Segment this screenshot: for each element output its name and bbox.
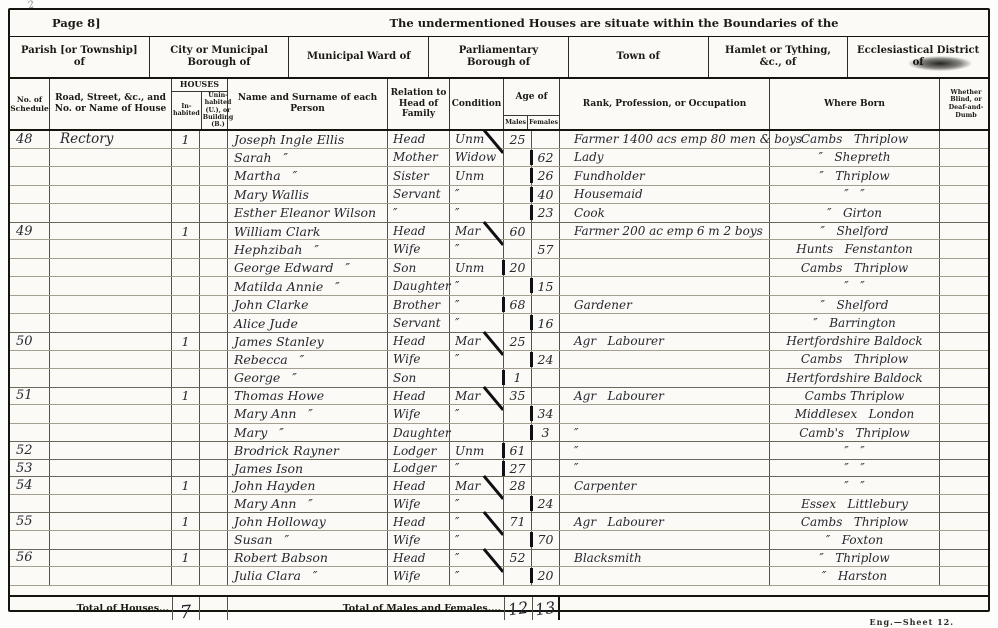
handwritten-condition: ″	[455, 533, 459, 547]
cell-schedule: 51	[10, 388, 50, 405]
cell-blind	[940, 477, 988, 494]
cell-occupation	[560, 531, 770, 549]
handwritten-born: ″ Barrington	[813, 316, 895, 330]
cell-condition: Mar	[450, 388, 504, 405]
cell-name: Martha ″	[228, 167, 388, 185]
cell-uninhabited	[200, 167, 228, 185]
cell-age-m	[504, 314, 532, 332]
tally-stroke	[502, 297, 505, 312]
tally-stroke	[502, 260, 505, 275]
tally-stroke	[530, 150, 533, 165]
cell-relation: Wife	[388, 351, 450, 369]
cell-born: ″ Thriplow	[770, 550, 940, 567]
handwritten-born: ″ Shelford	[821, 224, 889, 238]
district-ecclesiastical: Ecclesiastical District of	[848, 37, 988, 77]
cell-name: Esther Eleanor Wilson	[228, 204, 388, 222]
tally-stroke	[530, 278, 533, 293]
district-parish: Parish [or Township] of	[10, 37, 150, 77]
handwritten-born: Camb's Thriplow	[799, 426, 910, 440]
cell-name: Robert Babson	[228, 550, 388, 567]
handwritten-age-f: 24	[538, 496, 554, 511]
handwritten-condition: Mar	[455, 334, 480, 348]
cell-road	[50, 277, 172, 295]
handwritten-born: ″ Shelford	[821, 298, 889, 312]
handwritten-relation: Head	[393, 132, 425, 146]
cell-road	[50, 388, 172, 405]
cell-relation: Head	[388, 223, 450, 240]
cell-condition: ″	[450, 296, 504, 314]
cell-relation: Head	[388, 477, 450, 494]
colhead-condition: Condition	[450, 79, 504, 129]
handwritten-born: ″ Girton	[827, 206, 882, 220]
tally-stroke	[530, 168, 533, 183]
cell-relation: Sister	[388, 167, 450, 185]
cell-relation: ″	[388, 204, 450, 222]
cell-inhabited	[172, 442, 200, 459]
handwritten-name: James Stanley	[234, 334, 324, 349]
colhead-occupation: Rank, Profession, or Occupation	[560, 79, 770, 129]
cell-inhabited: 1	[172, 477, 200, 494]
cell-uninhabited	[200, 550, 228, 567]
cell-name: Mary Ann ″	[228, 405, 388, 423]
handwritten-occupation: ″	[574, 461, 578, 475]
cell-occupation: Agr Labourer	[560, 333, 770, 350]
handwritten-name: Brodrick Rayner	[234, 443, 339, 458]
handwritten-inhabited: 1	[182, 550, 190, 565]
cell-born: ″ Thriplow	[770, 167, 940, 185]
handwritten-age-f: 15	[538, 279, 554, 294]
cell-age-f	[532, 442, 560, 459]
cell-condition: ″	[450, 460, 504, 477]
handwritten-name: William Clark	[234, 224, 320, 239]
cell-schedule	[10, 405, 50, 423]
cell-occupation	[560, 314, 770, 332]
cell-age-f: 15	[532, 277, 560, 295]
cell-road	[50, 149, 172, 167]
cell-relation: Mother	[388, 149, 450, 167]
cell-age-m: 68	[504, 296, 532, 314]
handwritten-relation: Wife	[393, 407, 421, 421]
cell-relation: Lodger	[388, 460, 450, 477]
cell-age-m: 35	[504, 388, 532, 405]
cell-blind	[940, 405, 988, 423]
cell-schedule	[10, 277, 50, 295]
census-page: 2 Page 8] The undermentioned Houses are …	[0, 0, 998, 628]
handwritten-relation: Daughter	[393, 279, 451, 293]
handwritten-born: ″ Shepreth	[818, 150, 890, 164]
cell-age-m	[504, 240, 532, 258]
handwritten-age-m: 28	[510, 478, 526, 493]
handwritten-relation: Wife	[393, 497, 421, 511]
handwritten-schedule: 53	[16, 461, 33, 476]
handwritten-schedule: 56	[16, 550, 33, 565]
handwritten-age-m: 60	[510, 224, 526, 239]
handwritten-occupation: Blacksmith	[574, 551, 642, 565]
census-row: George Edward ″SonUnm20Cambs Thriplow	[10, 259, 988, 278]
cell-condition: Unm	[450, 259, 504, 277]
handwritten-age-m: 25	[510, 132, 526, 147]
handwritten-born: Hertfordshire Baldock	[786, 334, 922, 348]
handwritten-born: ″ ″	[844, 279, 864, 293]
handwritten-schedule: 50	[16, 334, 33, 349]
colhead-blind: Whether Blind, or Deaf-and-Dumb	[940, 79, 992, 129]
cell-name: John Hayden	[228, 477, 388, 494]
handwritten-name: Martha ″	[234, 168, 297, 183]
cell-age-f: 62	[532, 149, 560, 167]
cell-schedule	[10, 495, 50, 513]
handwritten-relation: Wife	[393, 242, 421, 256]
cell-age-m	[504, 149, 532, 167]
handwritten-age-f: 34	[538, 406, 554, 421]
cell-road	[50, 351, 172, 369]
tally-stroke	[530, 205, 533, 220]
cell-schedule	[10, 314, 50, 332]
handwritten-born: Cambs Thriplow	[801, 261, 908, 275]
colhead-where-born: Where Born	[770, 79, 940, 129]
cell-inhabited: 1	[172, 223, 200, 240]
cell-relation: Brother	[388, 296, 450, 314]
handwritten-relation: Head	[393, 224, 425, 238]
cell-age-m: 20	[504, 259, 532, 277]
cell-inhabited	[172, 495, 200, 513]
cell-road	[50, 223, 172, 240]
cell-born: Cambs Thriplow	[770, 351, 940, 369]
handwritten-relation: Servant	[393, 316, 441, 330]
cell-age-f: 40	[532, 186, 560, 204]
cell-age-m: 1	[504, 369, 532, 387]
handwritten-born: Cambs Thriplow	[801, 352, 908, 366]
cell-occupation	[560, 369, 770, 387]
cell-born: Cambs Thriplow	[770, 513, 940, 530]
handwritten-name: Esther Eleanor Wilson	[234, 205, 376, 220]
cell-age-m	[504, 424, 532, 442]
cell-relation: Servant	[388, 314, 450, 332]
cell-name: Hephzibah ″	[228, 240, 388, 258]
cell-age-m	[504, 186, 532, 204]
handwritten-occupation: Cook	[574, 206, 605, 220]
cell-blind	[940, 531, 988, 549]
handwritten-condition: Unm	[455, 444, 484, 458]
cell-occupation	[560, 405, 770, 423]
handwritten-condition: ″	[455, 242, 459, 256]
cell-road	[50, 495, 172, 513]
cell-born: ″ Foxton	[770, 531, 940, 549]
cell-age-m: 61	[504, 442, 532, 459]
cell-road	[50, 405, 172, 423]
colhead-inhabited: In-habited	[172, 92, 202, 129]
cell-blind	[940, 567, 988, 585]
cell-born: ″ ″	[770, 442, 940, 459]
cell-name: Mary Wallis	[228, 186, 388, 204]
handwritten-born: Hunts Fenstanton	[796, 242, 912, 256]
colhead-age-group: Age of Males Females	[504, 79, 560, 129]
cell-relation: Wife	[388, 495, 450, 513]
colhead-houses-group: HOUSES In-habited Unin-habited (U.), or …	[172, 79, 228, 129]
cell-age-f: 34	[532, 405, 560, 423]
cell-occupation	[560, 495, 770, 513]
handwritten-occupation: Carpenter	[574, 479, 636, 493]
cell-name: Mary Ann ″	[228, 495, 388, 513]
handwritten-born: Cambs Thriplow	[805, 389, 905, 403]
total-houses-value: 7	[172, 597, 200, 620]
handwritten-born: ″ Thriplow	[819, 169, 889, 183]
handwritten-schedule: 52	[16, 443, 33, 458]
cell-relation: Son	[388, 369, 450, 387]
handwritten-inhabited: 1	[182, 334, 190, 349]
cell-born: ″ ″	[770, 460, 940, 477]
cell-name: James Ison	[228, 460, 388, 477]
handwritten-name: John Clarke	[234, 297, 309, 312]
cell-name: Mary ″	[228, 424, 388, 442]
census-row: 551John HollowayHead″71Agr LabourerCambs…	[10, 512, 988, 531]
cell-occupation: Agr Labourer	[560, 388, 770, 405]
colhead-age-label: Age of	[504, 79, 559, 115]
handwritten-relation: Servant	[393, 187, 441, 201]
cell-occupation: Lady	[560, 149, 770, 167]
cell-condition: Mar	[450, 333, 504, 350]
census-sheet: Page 8] The undermentioned Houses are si…	[8, 8, 990, 612]
handwritten-road: Rectory	[60, 131, 113, 147]
cell-relation: Servant	[388, 186, 450, 204]
cell-uninhabited	[200, 204, 228, 222]
census-row: Susan ″Wife″70″ Foxton	[10, 531, 988, 550]
cell-inhabited	[172, 167, 200, 185]
cell-blind	[940, 186, 988, 204]
handwritten-relation: Mother	[393, 150, 438, 164]
cell-born: ″ ″	[770, 277, 940, 295]
cell-relation: Wife	[388, 405, 450, 423]
cell-relation: Lodger	[388, 442, 450, 459]
handwritten-relation: Head	[393, 479, 425, 493]
handwritten-age-f: 62	[538, 150, 554, 165]
cell-age-f	[532, 223, 560, 240]
handwritten-condition: Mar	[455, 389, 480, 403]
cell-schedule: 54	[10, 477, 50, 494]
total-houses-label: Total of Houses...	[50, 597, 172, 620]
census-row: Julia Clara ″Wife″20″ Harston	[10, 567, 988, 586]
cell-relation: Daughter	[388, 277, 450, 295]
cell-born: Hertfordshire Baldock	[770, 369, 940, 387]
cell-schedule	[10, 167, 50, 185]
handwritten-age-m: 25	[510, 334, 526, 349]
cell-road	[50, 240, 172, 258]
handwritten-born: ″ Thriplow	[819, 551, 889, 565]
handwritten-condition: ″	[455, 316, 459, 330]
handwritten-condition: ″	[455, 206, 459, 220]
handwritten-born: Cambs Thriplow	[801, 132, 908, 146]
census-rows: 48Rectory1Joseph Ingle EllisHeadUnm25Far…	[10, 131, 988, 595]
cell-age-m	[504, 567, 532, 585]
handwritten-relation: Head	[393, 515, 425, 529]
cell-age-m: 71	[504, 513, 532, 530]
cell-uninhabited	[200, 277, 228, 295]
cell-age-m	[504, 277, 532, 295]
tally-stroke	[530, 406, 533, 421]
cell-inhabited	[172, 296, 200, 314]
cell-inhabited: 1	[172, 333, 200, 350]
cell-born: ″ Shepreth	[770, 149, 940, 167]
district-parliamentary-borough: Parliamentary Borough of	[429, 37, 569, 77]
cell-inhabited	[172, 259, 200, 277]
handwritten-name: Mary Wallis	[234, 187, 309, 202]
total-males-value: 12	[504, 597, 532, 620]
cell-name: Matilda Annie ″	[228, 277, 388, 295]
handwritten-occupation: ″	[574, 426, 578, 440]
census-row: Alice JudeServant″16″ Barrington	[10, 314, 988, 333]
cell-name: Julia Clara ″	[228, 567, 388, 585]
colhead-houses-label: HOUSES	[172, 79, 227, 92]
handwritten-relation: Daughter	[393, 426, 451, 440]
cell-blind	[940, 550, 988, 567]
handwritten-condition: Widow	[455, 150, 496, 164]
totals-row: Total of Houses... 7 Total of Males and …	[10, 595, 988, 620]
handwritten-age-m: 27	[510, 461, 526, 476]
handwritten-name: Sarah ″	[234, 150, 288, 165]
tally-stroke	[530, 315, 533, 330]
cell-inhabited: 1	[172, 388, 200, 405]
handwritten-condition: ″	[455, 569, 459, 583]
cell-schedule	[10, 531, 50, 549]
cell-name: Thomas Howe	[228, 388, 388, 405]
handwritten-age-f: 40	[538, 187, 554, 202]
cell-inhabited	[172, 460, 200, 477]
cell-born: ″ Barrington	[770, 314, 940, 332]
cell-age-f: 3	[532, 424, 560, 442]
cell-condition: ″	[450, 240, 504, 258]
census-row: Mary ″Daughter3″Camb's Thriplow	[10, 424, 988, 443]
cell-occupation: ″	[560, 424, 770, 442]
cell-occupation: ″	[560, 442, 770, 459]
handwritten-occupation: Agr Labourer	[574, 389, 664, 403]
tally-stroke	[502, 370, 505, 385]
handwritten-born: Middlesex London	[795, 407, 914, 421]
cell-blind	[940, 167, 988, 185]
cell-uninhabited	[200, 131, 228, 148]
cell-uninhabited	[200, 460, 228, 477]
cell-schedule: 49	[10, 223, 50, 240]
cell-born: ″ Girton	[770, 204, 940, 222]
cell-name: Alice Jude	[228, 314, 388, 332]
cell-age-m: 28	[504, 477, 532, 494]
cell-relation: Wife	[388, 531, 450, 549]
cell-age-m	[504, 531, 532, 549]
cell-occupation: Blacksmith	[560, 550, 770, 567]
cell-blind	[940, 333, 988, 350]
handwritten-age-m: 20	[510, 260, 526, 275]
cell-blind	[940, 131, 988, 148]
cell-road	[50, 186, 172, 204]
handwritten-condition: ″	[455, 497, 459, 511]
cell-age-m	[504, 495, 532, 513]
census-row: Mary Ann ″Wife″34Middlesex London	[10, 405, 988, 424]
colhead-age-males: Males	[504, 116, 528, 129]
handwritten-born: ″ ″	[844, 187, 864, 201]
handwritten-relation: Brother	[393, 298, 440, 312]
handwritten-age-f: 16	[538, 316, 554, 331]
cell-schedule	[10, 204, 50, 222]
cell-uninhabited	[200, 495, 228, 513]
cell-occupation: Carpenter	[560, 477, 770, 494]
cell-blind	[940, 277, 988, 295]
handwritten-schedule: 51	[16, 388, 33, 403]
cell-age-m: 25	[504, 333, 532, 350]
handwritten-name: Mary Ann ″	[234, 406, 313, 421]
handwritten-born: Cambs Thriplow	[801, 515, 908, 529]
handwritten-inhabited: 1	[182, 514, 190, 529]
cell-age-f	[532, 477, 560, 494]
cell-uninhabited	[200, 186, 228, 204]
cell-road	[50, 477, 172, 494]
handwritten-relation: Wife	[393, 352, 421, 366]
cell-blind	[940, 204, 988, 222]
cell-uninhabited	[200, 240, 228, 258]
cell-relation: Son	[388, 259, 450, 277]
cell-relation: Head	[388, 388, 450, 405]
handwritten-relation: Lodger	[393, 461, 436, 475]
handwritten-age-f: 70	[538, 532, 554, 547]
cell-schedule: 56	[10, 550, 50, 567]
district-hamlet: Hamlet or Tything, &c., of	[709, 37, 849, 77]
handwritten-relation: Sister	[393, 169, 429, 183]
handwritten-name: Susan ″	[234, 532, 289, 547]
cell-name: Rebecca ″	[228, 351, 388, 369]
cell-blind	[940, 149, 988, 167]
handwritten-name: Julia Clara ″	[234, 568, 318, 583]
handwritten-condition: ″	[455, 352, 459, 366]
cell-age-f	[532, 369, 560, 387]
cell-inhabited	[172, 351, 200, 369]
totals-uninhabited-cell	[200, 597, 228, 620]
cell-blind	[940, 495, 988, 513]
census-row: 541John HaydenHeadMar28Carpenter″ ″	[10, 476, 988, 495]
tally-stroke	[530, 496, 533, 511]
cell-age-m: 27	[504, 460, 532, 477]
census-row: Esther Eleanor Wilson″″23Cook″ Girton	[10, 204, 988, 223]
cell-condition: ″	[450, 531, 504, 549]
cell-blind	[940, 460, 988, 477]
cell-uninhabited	[200, 351, 228, 369]
handwritten-condition: ″	[455, 515, 459, 529]
cell-born: Cambs Thriplow	[770, 259, 940, 277]
cell-name: George Edward ″	[228, 259, 388, 277]
cell-age-f: 24	[532, 495, 560, 513]
cell-born: Cambs Thriplow	[770, 388, 940, 405]
handwritten-age-f: 57	[538, 242, 554, 257]
cell-blind	[940, 369, 988, 387]
cell-occupation	[560, 351, 770, 369]
cell-born: ″ Shelford	[770, 223, 940, 240]
handwritten-age-f: 23	[538, 205, 554, 220]
cell-condition	[450, 424, 504, 442]
colhead-road: Road, Street, &c., and No. or Name of Ho…	[50, 79, 172, 129]
cell-blind	[940, 223, 988, 240]
cell-inhabited: 1	[172, 131, 200, 148]
cell-uninhabited	[200, 259, 228, 277]
cell-blind	[940, 442, 988, 459]
tally-stroke	[502, 443, 505, 458]
cell-blind	[940, 296, 988, 314]
handwritten-occupation: Lady	[574, 150, 604, 164]
handwritten-born: ″ ″	[844, 461, 864, 475]
cell-name: Sarah ″	[228, 149, 388, 167]
cell-schedule	[10, 567, 50, 585]
cell-condition: ″	[450, 550, 504, 567]
cell-schedule	[10, 240, 50, 258]
handwritten-inhabited: 1	[182, 388, 190, 403]
handwritten-condition: ″	[455, 407, 459, 421]
handwritten-condition: Mar	[455, 224, 480, 238]
cell-inhabited	[172, 424, 200, 442]
